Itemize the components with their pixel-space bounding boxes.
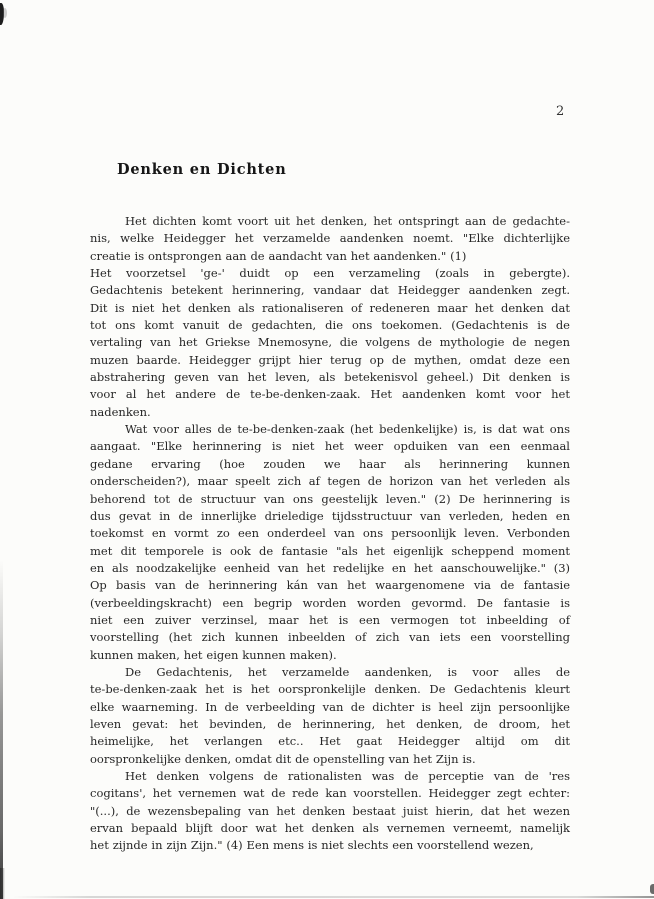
text-line: gedane ervaring (hoe zouden we haar als … [90, 456, 570, 473]
text-line: behorend tot de structuur van ons geeste… [90, 491, 570, 508]
text-line: en als noodzakelijke eenheid van het red… [90, 560, 570, 577]
text-line: nadenken. [90, 404, 570, 421]
text-line: met dit temporele is ook de fantasie "al… [90, 543, 570, 560]
text-line: De Gedachtenis, het verzamelde aandenken… [90, 664, 570, 681]
text-line: niet een zuiver verzinsel, maar het is e… [90, 612, 570, 629]
text-line: nis, welke Heidegger het verzamelde aand… [90, 230, 570, 247]
text-line: muzen baarde. Heidegger grijpt hier teru… [90, 352, 570, 369]
body-text: Het dichten komt voort uit het denken, h… [90, 213, 570, 855]
text-line: abstrahering geven van het leven, als be… [90, 369, 570, 386]
text-line: creatie is ontsprongen aan de aandacht v… [90, 248, 570, 265]
text-line: oorspronkelijke denken, omdat dit de ope… [90, 751, 570, 768]
text-line: cogitans', het vernemen wat de rede kan … [90, 785, 570, 802]
text-line: onderscheiden?), maar speelt zich af teg… [90, 473, 570, 490]
scan-artifact-left-edge [0, 560, 3, 899]
text-line: tot ons komt vanuit de gedachten, die on… [90, 317, 570, 334]
text-line: te-be-denken-zaak het is het oorspronkel… [90, 681, 570, 698]
text-line: Dit is niet het denken als rationalisere… [90, 300, 570, 317]
text-line: toekomst en vormt zo een onderdeel van o… [90, 525, 570, 542]
text-line: kunnen maken, het eigen kunnen maken). [90, 647, 570, 664]
text-line: Gedachtenis betekent herinnering, vandaa… [90, 282, 570, 299]
text-line: voor al het andere de te-be-denken-zaak.… [90, 386, 570, 403]
text-line: Wat voor alles de te-be-denken-zaak (het… [90, 421, 570, 438]
page-title: Denken en Dichten [117, 161, 287, 178]
text-line: Op basis van de herinnering kán van het … [90, 577, 570, 594]
text-line: "(...), de wezensbepaling van het denken… [90, 803, 570, 820]
text-line: (verbeeldingskracht) een begrip worden w… [90, 595, 570, 612]
text-line: vertaling van het Griekse Mnemosyne, die… [90, 334, 570, 351]
text-line: dus gevat in de innerlijke drieledige ti… [90, 508, 570, 525]
text-line: leven gevat: het bevinden, de herinnerin… [90, 716, 570, 733]
text-line: Het voorzetsel 'ge-' duidt op een verzam… [90, 265, 570, 282]
scan-artifact-bottom-edge [12, 896, 654, 898]
text-line: heimelijke, het verlangen etc.. Het gaat… [90, 733, 570, 750]
scan-artifact-right-edge-tick [650, 884, 654, 894]
text-line: ervan bepaald blijft door wat het denken… [90, 820, 570, 837]
text-line: Het dichten komt voort uit het denken, h… [90, 213, 570, 230]
scan-artifact-bottom-left-edge [0, 868, 5, 899]
text-line: voorstelling (het zich kunnen inbeelden … [90, 629, 570, 646]
text-line: het zijnde in zijn Zijn." (4) Een mens i… [90, 837, 570, 854]
text-line: elke waarneming. In de verbeelding van d… [90, 699, 570, 716]
scanned-page: 2 Denken en Dichten Het dichten komt voo… [0, 0, 654, 899]
text-line: aangaat. "Elke herinnering is niet het w… [90, 438, 570, 455]
scan-artifact-corner-smudge [3, 8, 7, 18]
page-number: 2 [556, 104, 564, 119]
text-line: Het denken volgens de rationalisten was … [90, 768, 570, 785]
